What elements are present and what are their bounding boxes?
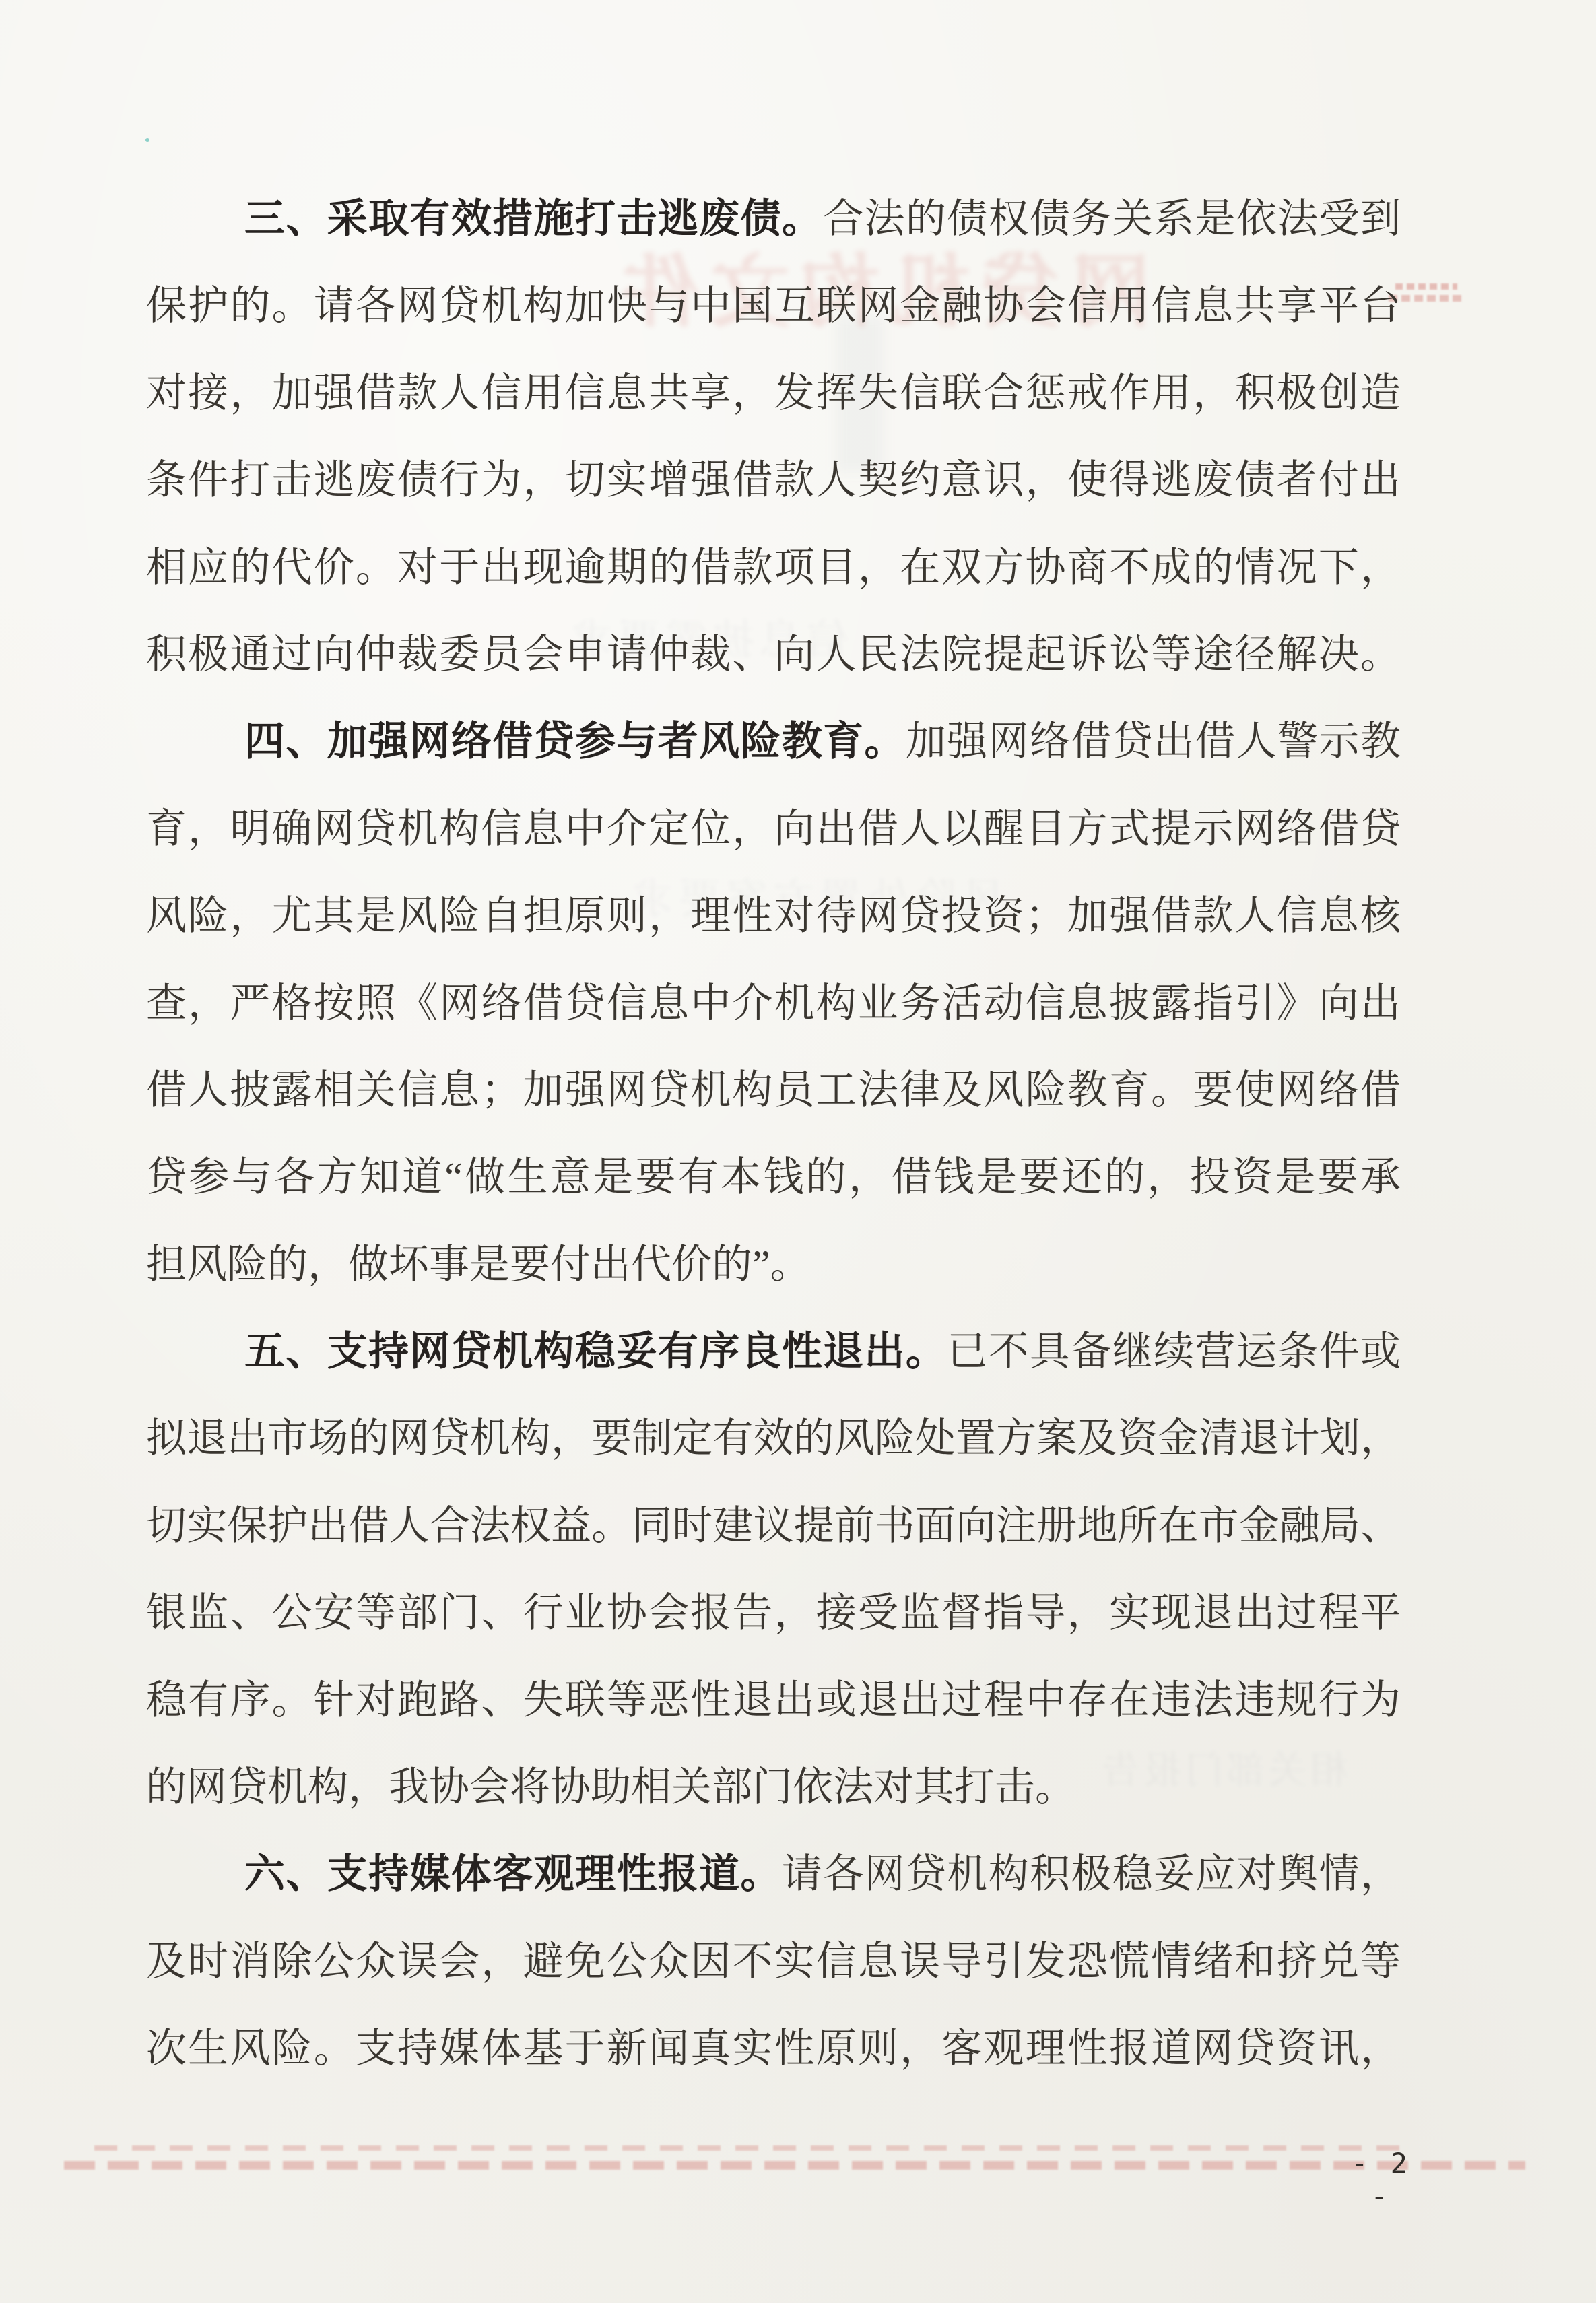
text-line: 拟退出市场的网贷机构，要制定有效的风险处置方案及资金清退计划， (146, 1395, 1401, 1482)
text-run: 条件打击逃废债行为，切实增强借款人契约意识，使得逃废债者付出 (146, 458, 1401, 502)
text-run: 已不具备继续营运条件或 (947, 1329, 1401, 1374)
text-line: 贷参与各方知道“做生意是要有本钱的，借钱是要还的，投资是要承 (146, 1134, 1401, 1221)
text-run: 借人披露相关信息；加强网贷机构员工法律及风险教育。要使网络借 (146, 1068, 1401, 1112)
text-line: 的网贷机构，我协会将协助相关部门依法对其打击。 (146, 1744, 1401, 1831)
text-line: 切实保护出借人合法权益。同时建议提前书面向注册地所在市金融局、 (146, 1483, 1401, 1570)
section-heading: 四、加强网络借贷参与者风险教育。 (244, 719, 906, 764)
text-line: 稳有序。针对跑路、失联等恶性退出或退出过程中存在违法违规行为 (146, 1657, 1401, 1744)
text-line: 及时消除公众误会，避免公众因不实信息误导引发恐慌情绪和挤兑等 (146, 1918, 1401, 2005)
text-run: 的网贷机构，我协会将协助相关部门依法对其打击。 (146, 1765, 1075, 1809)
section-heading: 三、采取有效措施打击逃废债。 (244, 197, 823, 241)
text-line: 次生风险。支持媒体基于新闻真实性原则，客观理性报道网贷资讯， (146, 2005, 1401, 2092)
text-line-section-heading: 六、支持媒体客观理性报道。请各网贷机构积极稳妥应对舆情， (146, 1831, 1401, 1918)
text-run: 保护的。请各网贷机构加快与中国互联网金融协会信用信息共享平台 (146, 283, 1401, 328)
text-run: 对接，加强借款人信用信息共享，发挥失信联合惩戒作用，积极创造 (146, 371, 1401, 415)
text-run: 育，明确网贷机构信息中介定位，向出借人以醒目方式提示网络借贷 (146, 807, 1401, 851)
bleed-through-small-text-line (1395, 283, 1457, 290)
text-run: 贷参与各方知道“做生意是要有本钱的，借钱是要还的，投资是要承 (146, 1155, 1401, 1199)
text-run: 银监、公安等部门、行业协会报告，接受监督指导，实现退出过程平 (146, 1591, 1401, 1635)
text-line-section-heading: 四、加强网络借贷参与者风险教育。加强网络借贷出借人警示教 (146, 698, 1401, 785)
text-line: 保护的。请各网贷机构加快与中国互联网金融协会信用信息共享平台 (146, 263, 1401, 349)
text-line: 对接，加强借款人信用信息共享，发挥失信联合惩戒作用，积极创造 (146, 350, 1401, 437)
text-line: 积极通过向仲裁委员会申请仲裁、向人民法院提起诉讼等途径解决。 (146, 611, 1401, 698)
text-run: 积极通过向仲裁委员会申请仲裁、向人民法院提起诉讼等途径解决。 (146, 632, 1401, 677)
text-run: 次生风险。支持媒体基于新闻真实性原则，客观理性报道网贷资讯， (146, 2026, 1401, 2071)
text-run: 拟退出市场的网贷机构，要制定有效的风险处置方案及资金清退计划， (146, 1416, 1401, 1461)
document-body: 三、采取有效措施打击逃废债。合法的债权债务关系是依法受到保护的。请各网贷机构加快… (146, 176, 1401, 2093)
text-run: 相应的代价。对于出现逾期的借款项目，在双方协商不成的情况下， (146, 545, 1401, 590)
text-line: 育，明确网贷机构信息中介定位，向出借人以醒目方式提示网络借贷 (146, 786, 1401, 873)
text-run: 合法的债权债务关系是依法受到 (823, 197, 1401, 241)
text-run: 查，严格按照《网络借贷信息中介机构业务活动信息披露指引》向出 (146, 981, 1401, 1026)
text-line-section-heading: 三、采取有效措施打击逃废债。合法的债权债务关系是依法受到 (146, 176, 1401, 263)
scan-artifact-speck (145, 138, 149, 142)
text-line: 银监、公安等部门、行业协会报告，接受监督指导，实现退出过程平 (146, 1570, 1401, 1657)
bleed-through-footer-line (64, 2161, 1525, 2170)
text-line: 相应的代价。对于出现逾期的借款项目，在双方协商不成的情况下， (146, 525, 1401, 611)
text-run: 担风险的，做坏事是要付出代价的”。 (146, 1242, 811, 1287)
bleed-through-footer-line (94, 2145, 1407, 2151)
text-line: 条件打击逃废债行为，切实增强借款人契约意识，使得逃废债者付出 (146, 437, 1401, 524)
page-number: - 2 - (1340, 2147, 1421, 2213)
text-line: 查，严格按照《网络借贷信息中介机构业务活动信息披露指引》向出 (146, 960, 1401, 1047)
text-run: 及时消除公众误会，避免公众因不实信息误导引发恐慌情绪和挤兑等 (146, 1939, 1401, 1984)
section-heading: 五、支持网贷机构稳妥有序良性退出。 (244, 1329, 947, 1374)
text-line: 风险，尤其是风险自担原则，理性对待网贷投资；加强借款人信息核 (146, 873, 1401, 960)
text-line: 担风险的，做坏事是要付出代价的”。 (146, 1222, 1401, 1308)
scanned-document-page: 网贷机构文件信息披露要求风险处置方案要求相关部门报告 三、采取有效措施打击逃废债… (0, 0, 1596, 2303)
section-heading: 六、支持媒体客观理性报道。 (244, 1852, 782, 1896)
text-run: 请各网贷机构积极稳妥应对舆情， (782, 1852, 1401, 1896)
text-run: 风险，尤其是风险自担原则，理性对待网贷投资；加强借款人信息核 (146, 894, 1401, 938)
text-run: 切实保护出借人合法权益。同时建议提前书面向注册地所在市金融局、 (146, 1504, 1401, 1548)
text-line-section-heading: 五、支持网贷机构稳妥有序良性退出。已不具备继续营运条件或 (146, 1308, 1401, 1395)
text-line: 借人披露相关信息；加强网贷机构员工法律及风险教育。要使网络借 (146, 1047, 1401, 1134)
text-run: 稳有序。针对跑路、失联等恶性退出或退出过程中存在违法违规行为 (146, 1678, 1401, 1723)
text-run: 加强网络借贷出借人警示教 (906, 719, 1401, 764)
